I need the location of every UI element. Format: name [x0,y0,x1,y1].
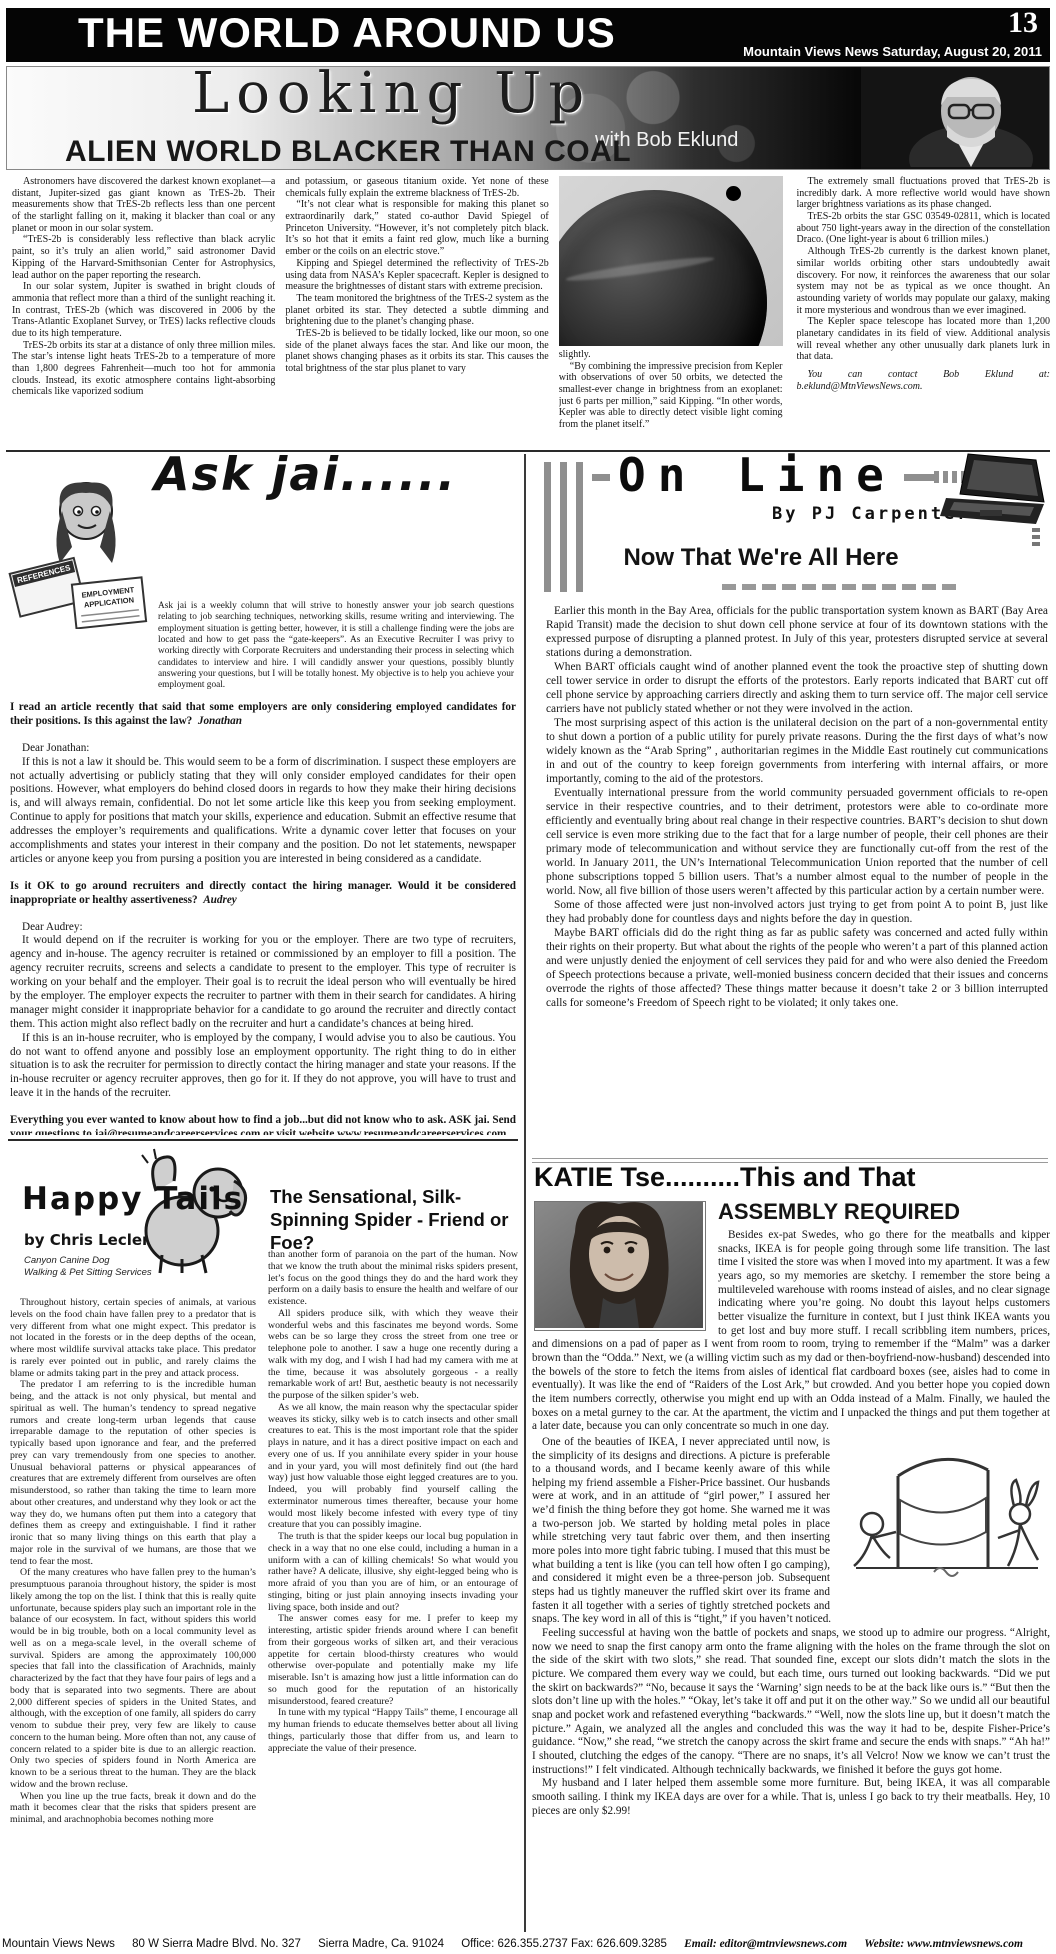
stripes-decoration [544,462,590,592]
looking-up-banner: Looking Up with Bob Eklund ALIEN WORLD B… [6,66,1050,170]
ask-jai-website-link[interactable]: www.resumeandcareerservices.com [337,1128,506,1135]
spider-article-column-2: than another form of paranoia on the par… [268,1249,518,1935]
date-line: Mountain Views News Saturday, August 20,… [743,44,1042,59]
footer-address: 80 W Sierra Madre Blvd. No. 327 [132,1938,301,1950]
looking-up-article: Astronomers have discovered the darkest … [12,176,1050,446]
on-line-title: On Line [610,452,904,502]
on-line-header: On Line By PJ Carpenter Now That We're A… [532,452,1050,600]
answer-2-salutation: Dear Audrey: [10,921,516,935]
article-column-1: Astronomers have discovered the darkest … [12,176,275,446]
spider-article-headline: The Sensational, Silk-Spinning Spider - … [270,1185,520,1254]
page-number: 13 [1008,6,1038,40]
section-divider-left [8,1139,518,1141]
katie-intro-row: ASSEMBLY REQUIRED Besides ex-pat Swedes,… [532,1199,1050,1434]
article-column-2: and potassium, or gaseous titanium oxide… [285,176,548,446]
on-line-body: Earlier this month in the Bay Area, offi… [546,604,1048,1010]
page-footer: Mountain Views News 80 W Sierra Madre Bl… [2,1938,1054,1950]
column-title: Looking Up [192,61,591,126]
happy-tails-org-line1: Canyon Canine Dog [24,1255,110,1266]
ask-jai-cartoon: REFERENCES EMPLOYMENT APPLICATION [8,477,150,629]
katie-tse-section: KATIE Tse..........This and That [532,1162,1050,1934]
katie-section-title: KATIE Tse..........This and That [534,1162,1050,1193]
article-column-3: slightly.“By combining the impressive pr… [559,176,783,446]
newspaper-page: THE WORLD AROUND US 13 Mountain Views Ne… [0,0,1056,1954]
ask-jai-outro: Everything you ever wanted to know about… [10,1114,516,1135]
article-column-4: The extremely small fluctuations proved … [797,176,1050,446]
ask-jai-email-link[interactable]: jai@resumeandcareerservices.com [95,1128,261,1135]
spider-article-column-1: Throughout history, certain species of a… [10,1297,256,1935]
transit-dot [726,186,741,201]
question-2-signature: Audrey [203,894,237,906]
assembly-cartoon [838,1440,1050,1602]
answer-1-salutation: Dear Jonathan: [10,742,516,756]
answer-2: Dear Audrey: It would depend on if the r… [10,921,516,1102]
headline-dash-decoration [722,584,960,590]
laptop-icon [940,452,1050,546]
ask-jai-title: Ask jai...... [154,455,457,501]
on-line-section: On Line By PJ Carpenter Now That We're A… [532,452,1050,1156]
question-1: I read an article recently that said tha… [10,701,516,729]
katie-body-row: One of the beauties of IKEA, I never app… [532,1436,1050,1818]
katie-photo [534,1201,706,1331]
ask-jai-body: I read an article recently that said tha… [10,701,516,1135]
footer-email-link[interactable]: Email: editor@mtnviewsnews.com [684,1938,847,1950]
page-title: THE WORLD AROUND US [78,9,616,57]
happy-tails-section: Happy Tails by Chris Leclerc. Canyon Can… [8,1145,520,1935]
article-headline: ALIEN WORLD BLACKER THAN COAL [65,135,631,169]
masthead: THE WORLD AROUND US 13 Mountain Views Ne… [6,8,1050,62]
footer-city: Sierra Madre, Ca. 91024 [318,1938,444,1950]
question-1-signature: Jonathan [198,715,242,727]
answer-1: Dear Jonathan: If this is not a law it s… [10,742,516,867]
article-column-4-text: The extremely small fluctuations proved … [797,176,1050,363]
question-2: Is it OK to go around recruiters and dir… [10,880,516,908]
happy-tails-title: Happy Tails [22,1181,244,1217]
contact-line[interactable]: You can contact Bob Eklund at: b.eklund@… [797,369,1050,392]
footer-phones: Office: 626.355.2737 Fax: 626.609.3285 [461,1938,667,1950]
vertical-divider [524,454,526,1932]
ask-jai-section: REFERENCES EMPLOYMENT APPLICATION Ask ja… [8,455,518,1135]
footer-website-link[interactable]: Website: www.mtnviewsnews.com [864,1938,1023,1950]
on-line-headline: Now That We're All Here [532,544,990,572]
article-column-3-text: slightly.“By combining the impressive pr… [559,349,783,431]
bob-eklund-photo [861,67,1049,169]
footer-paper-name: Mountain Views News [2,1938,115,1950]
tres-2b-planet-image [559,176,783,346]
ask-jai-intro: Ask jai is a weekly column that will str… [158,601,514,692]
